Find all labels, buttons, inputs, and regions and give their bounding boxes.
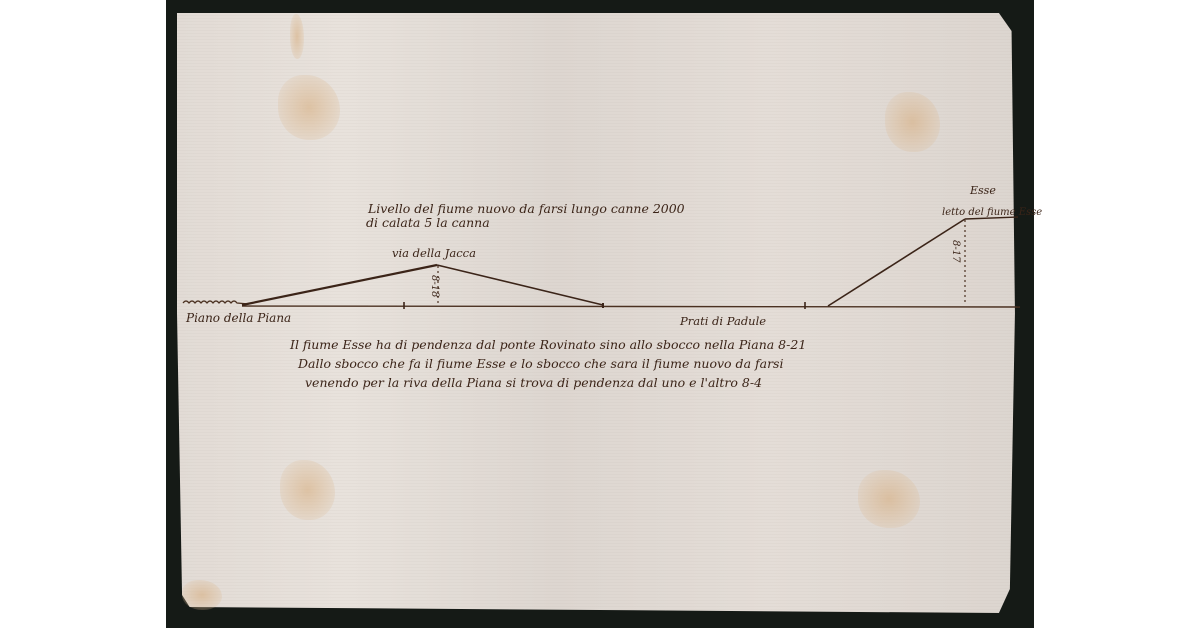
peak-label: via della Jacca [392,246,476,260]
body-text-line-3: venendo per la riva della Piana si trova… [305,375,762,390]
heading-line-2: di calata 5 la canna [366,215,490,230]
body-text-line-2: Dallo sbocco che fa il fiume Esse e lo s… [297,356,783,371]
falling-slope-line [437,265,603,305]
left-baseline-label: Piano della Piana [185,311,291,325]
peak-measure: 8-18 [429,275,440,297]
right-riverbed-label: letto del fiume Esse [942,207,1042,218]
water-wave-symbol [183,301,249,304]
rising-slope-line [242,265,437,305]
baseline-line [242,306,1020,307]
heading-line-1: Livello del fiume nuovo da farsi lungo c… [367,201,685,216]
middle-baseline-label: Prati di Padule [679,314,766,328]
right-measure: 8-17 [950,240,961,263]
right-top-label: Esse [969,184,996,197]
profile-drawing: Livello del fiume nuovo da farsi lungo c… [0,0,1200,628]
right-rising-line [828,219,965,306]
body-text-line-1: Il fiume Esse ha di pendenza dal ponte R… [289,337,806,352]
